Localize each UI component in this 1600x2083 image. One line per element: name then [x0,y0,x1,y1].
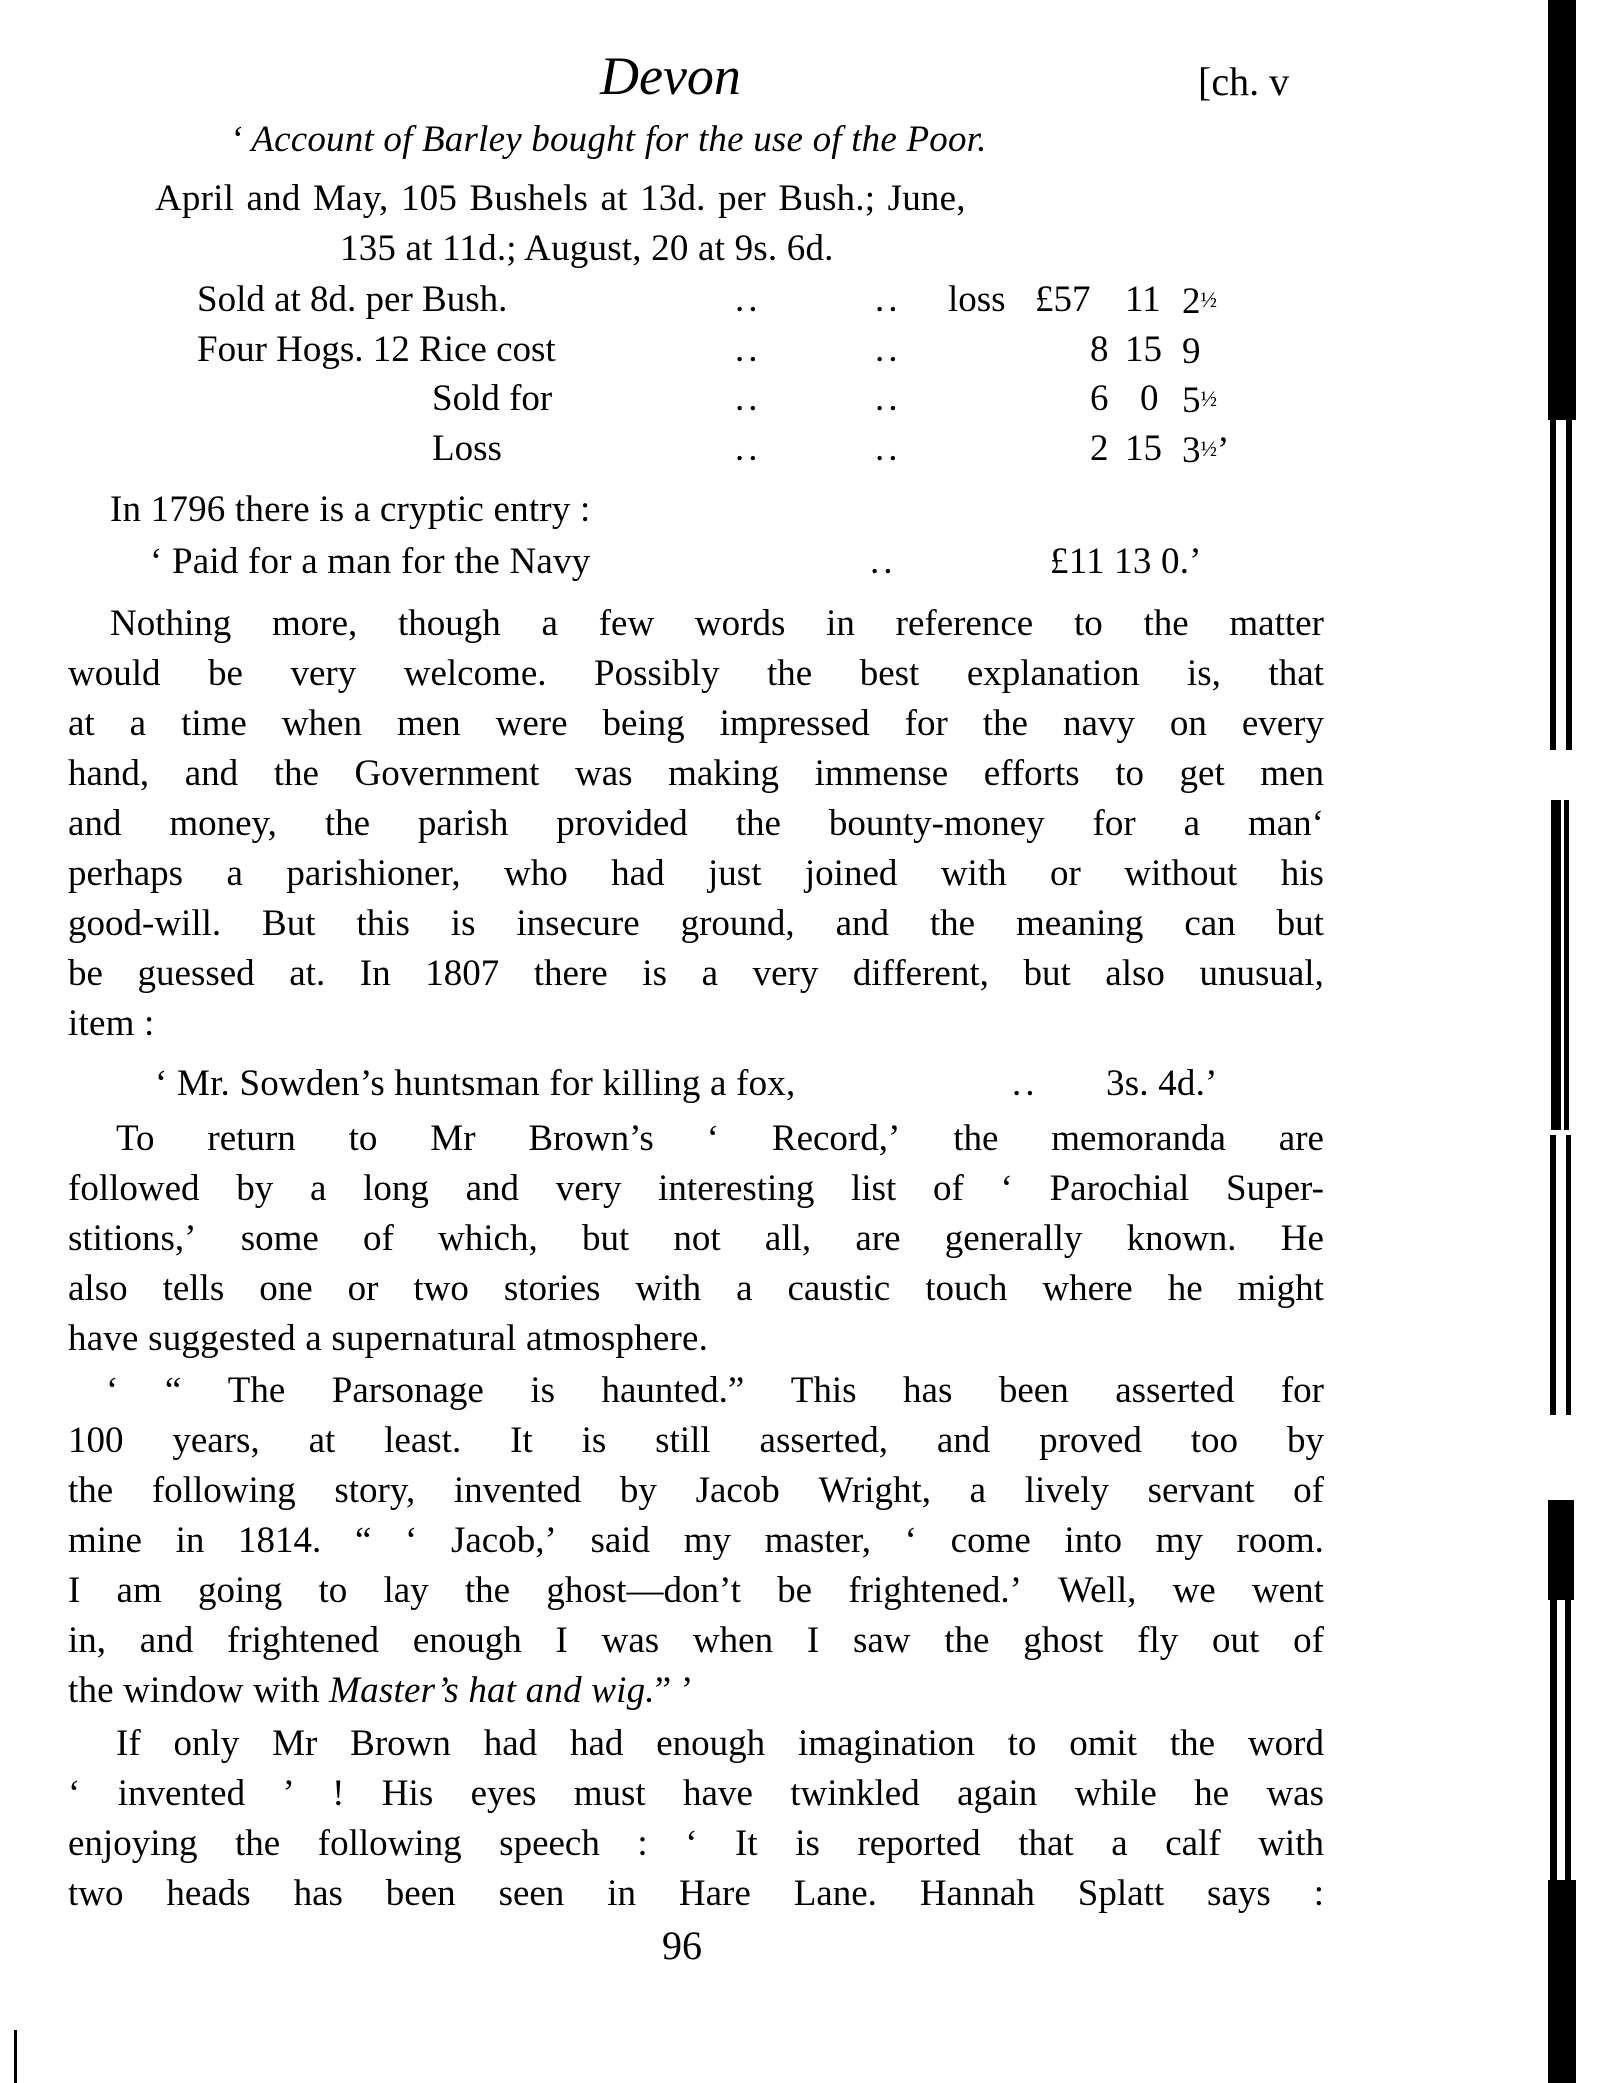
paragraph-1-line: Nothingmore,thoughafewwordsinreferenceto… [110,602,1324,646]
entry-1796-item: ‘ Paid for a man for the Navy [150,540,590,584]
paragraph-1-line: beguessedat.In1807thereisaverydifferent,… [68,952,1324,996]
account-row-pounds: 6 [1090,377,1109,421]
leader-dots: .. [875,278,902,322]
italic-emphasis: Master’s hat and wig. [329,1670,655,1711]
scan-edge-mark [14,2030,17,2083]
paragraph-4-line: enjoyingthefollowingspeech:‘Itisreported… [68,1822,1324,1866]
paragraph-1-line: perhapsaparishioner,whohadjustjoinedwith… [68,852,1324,896]
paragraph-3-line: minein1814.“‘Jacob,’saidmymaster,‘comein… [68,1519,1324,1563]
account-row-pence: 3½’ [1182,427,1229,473]
account-row-pounds: 8 [1090,328,1109,372]
chapter-marker: [ch. v [1198,58,1289,106]
paragraph-1-line: andmoney,theparishprovidedthebounty-mone… [68,802,1324,846]
pence-value: 5 [1182,380,1201,421]
text-run: the window with [68,1670,329,1711]
paragraph-4-line: ‘invented’!Hiseyesmusthavetwinkledagainw… [68,1772,1324,1816]
paragraph-1-line: hand,andtheGovernmentwasmakingimmenseeff… [68,752,1324,796]
account-row-shillings: 0 [1140,377,1159,421]
paragraph-3-line: in,andfrightenedenoughIwaswhenIsawthegho… [68,1619,1324,1663]
paragraph-3-line: 100years,atleast.Itisstillasserted,andpr… [68,1419,1324,1463]
account-row-label: Four Hogs. 12 Rice cost [197,328,556,372]
paragraph-1-line: atatimewhenmenwerebeingimpressedforthena… [68,702,1324,746]
binding-edge-artifact [1548,0,1576,2083]
paragraph-2-line: ToreturntoMrBrown’s‘Record,’thememoranda… [116,1117,1324,1161]
pence-fraction: ½ [1201,436,1218,461]
paragraph-3-line: Iamgoingtolaytheghost—don’tbefrightened.… [68,1569,1324,1613]
account-row-shillings: 11 [1125,278,1161,322]
account-row-label: Sold for [432,377,552,421]
pence-value: 9 [1182,331,1201,372]
pence-fraction: ½ [1201,287,1218,312]
paragraph-2-line: have suggested a supernatural atmosphere… [68,1317,708,1361]
account-row-pence: 5½ [1182,377,1217,423]
account-line-1-text: April and May, 105 Bushels at 13d. per B… [155,177,966,221]
account-row-pounds: 2 [1090,427,1109,471]
leader-dots: .. [875,328,902,372]
leader-dots: .. [735,377,762,421]
book-page: Devon [ch. v ‘ Account of Barley bought … [0,0,1600,2083]
leader-dots: .. [875,377,902,421]
paragraph-2-line: followedbyalongandveryinterestinglistof‘… [68,1167,1324,1211]
paragraph-3-last-line: the window with Master’s hat and wig.” ’ [68,1669,693,1713]
entry-1796-amount: £11 13 0.’ [1050,540,1202,584]
page-number: 96 [662,1922,702,1970]
leader-dots: .. [1012,1062,1039,1106]
leader-dots: .. [735,328,762,372]
leader-dots: .. [870,540,897,584]
account-row-label: Sold at 8d. per Bush. [197,278,507,322]
entry-1807-amount: 3s. 4d.’ [1106,1062,1218,1106]
paragraph-4-line: IfonlyMrBrownhadhadenoughimaginationtoom… [116,1722,1324,1766]
account-row-label: Loss [432,427,502,471]
leader-dots: .. [875,427,902,471]
account-title: ‘ Account of Barley bought for the use o… [230,118,987,162]
entry-1807-item: ‘ Mr. Sowden’s huntsman for killing a fo… [155,1062,795,1106]
account-row-shillings: 15 [1125,427,1162,471]
paragraph-2-line: stitions,’someofwhich,butnotall,aregener… [68,1217,1324,1261]
account-row-shillings: 15 [1125,328,1162,372]
account-row-pence: 9 [1182,328,1201,374]
paragraph-1-line: item : [68,1002,155,1046]
closing-quote: ” ’ [655,1670,694,1711]
paragraph-1-line: good-will.Butthisisinsecureground,andthe… [68,902,1324,946]
account-line-2: 135 at 11d.; August, 20 at 9s. 6d. [340,227,834,271]
running-title: Devon [600,46,741,106]
pence-value: 2 [1182,281,1201,322]
pence-fraction: ½ [1201,386,1218,411]
pence-value: 3 [1182,430,1201,471]
leader-dots: .. [735,427,762,471]
account-line-1: April and May, 105 Bushels at 13d. per B… [155,177,1255,221]
account-row-pence: 2½ [1182,278,1217,324]
paragraph-1-line: wouldbeverywelcome.Possiblythebestexplan… [68,652,1324,696]
account-row-prefix: loss [948,278,1006,322]
account-row-pounds: £57 [1035,278,1091,322]
paragraph-3-line: ‘“TheParsonageishaunted.”Thishasbeenasse… [106,1369,1324,1413]
closing-quote: ’ [1217,430,1229,471]
paragraph-2-line: alsotellsoneortwostorieswithacaustictouc… [68,1267,1324,1311]
paragraph-4-line: twoheadshasbeenseeninHareLane.HannahSpla… [68,1872,1324,1916]
paragraph-3-line: thefollowingstory,inventedbyJacobWright,… [68,1469,1324,1513]
entry-1796-intro: In 1796 there is a cryptic entry : [110,488,590,532]
leader-dots: .. [735,278,762,322]
